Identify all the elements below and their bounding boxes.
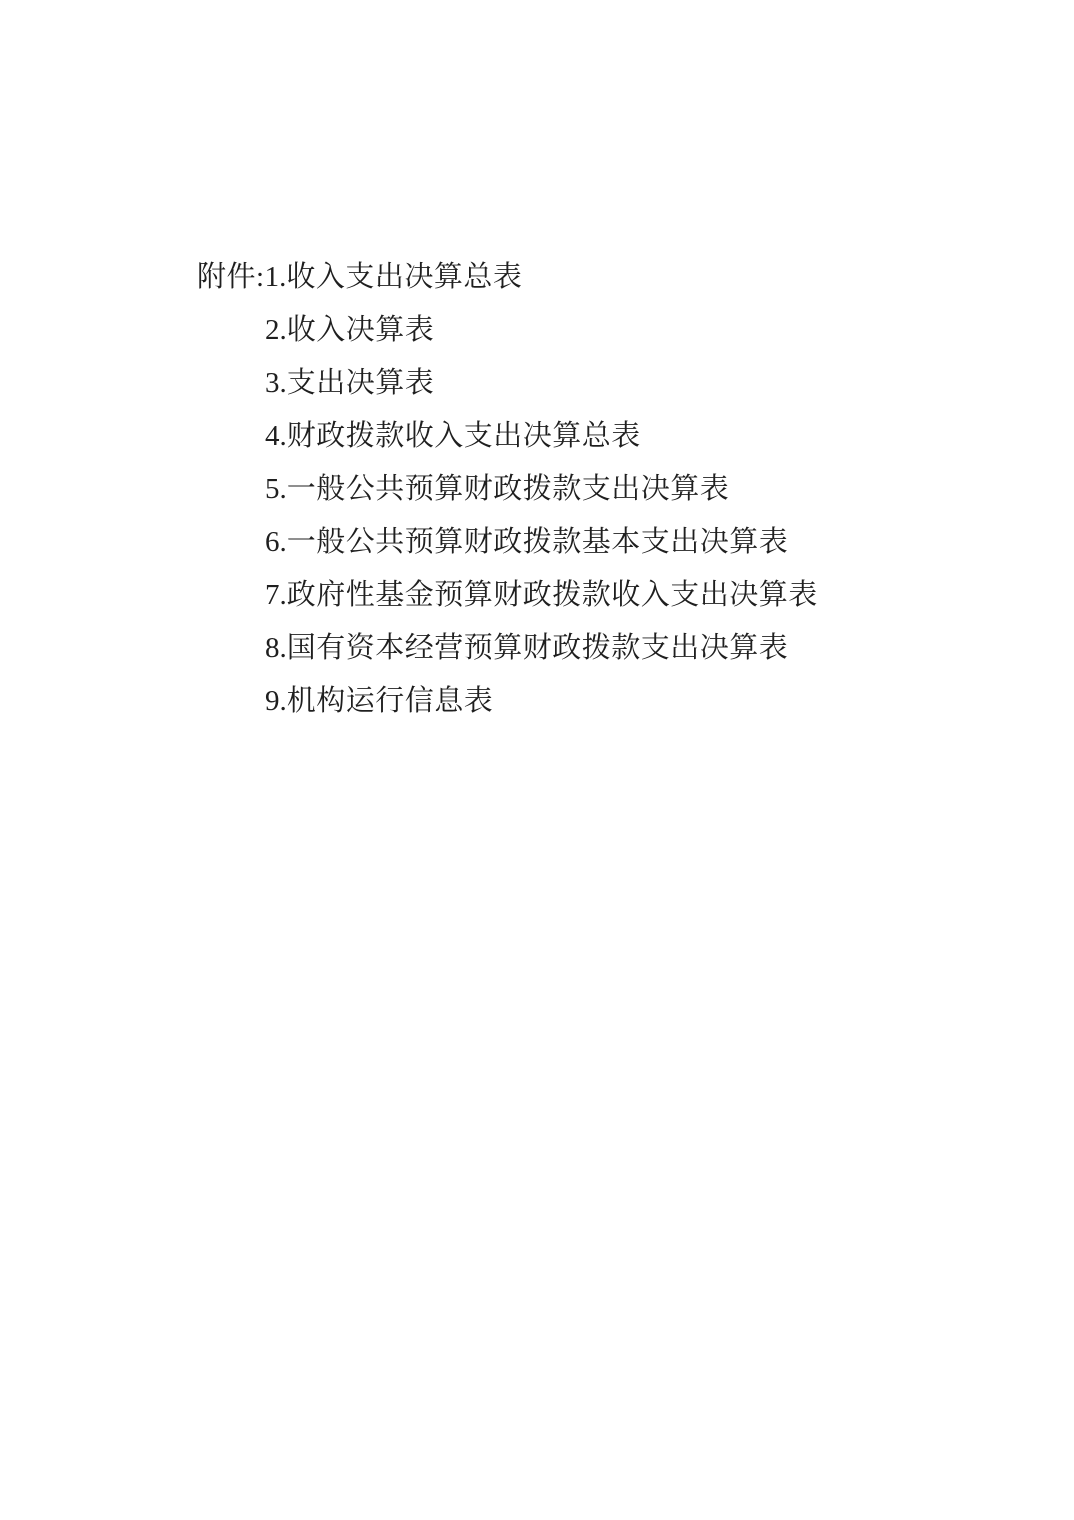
document-page: 附件:1.收入支出决算总表 2.收入决算表 3.支出决算表 4.财政拨款收入支出…	[0, 0, 1074, 1520]
attachment-number: 7.	[265, 579, 287, 611]
attachment-number: 3.	[265, 367, 287, 399]
attachment-title: 收入支出决算总表	[286, 261, 522, 293]
attachment-list-item: 附件:1.收入支出决算总表	[197, 251, 974, 304]
attachment-title: 支出决算表	[287, 367, 435, 399]
attachment-list-item: 8.国有资本经营预算财政拨款支出决算表	[197, 622, 974, 675]
attachment-title: 政府性基金预算财政拨款收入支出决算表	[287, 579, 818, 611]
attachment-list-item: 9.机构运行信息表	[197, 675, 974, 728]
attachment-number: 2.	[265, 314, 287, 346]
attachment-title: 一般公共预算财政拨款基本支出决算表	[287, 526, 789, 558]
attachment-list-item: 3.支出决算表	[197, 357, 974, 410]
attachment-title: 财政拨款收入支出决算总表	[287, 420, 641, 452]
attachment-list: 附件:1.收入支出决算总表 2.收入决算表 3.支出决算表 4.财政拨款收入支出…	[197, 251, 974, 728]
attachment-number: 1.	[265, 261, 287, 293]
attachment-number: 5.	[265, 473, 287, 505]
attachment-number: 6.	[265, 526, 287, 558]
attachment-list-item: 6.一般公共预算财政拨款基本支出决算表	[197, 516, 974, 569]
attachment-number: 4.	[265, 420, 287, 452]
attachment-number: 9.	[265, 685, 287, 717]
attachment-list-item: 2.收入决算表	[197, 304, 974, 357]
attachment-label: 附件:	[197, 261, 265, 293]
attachment-number: 8.	[265, 632, 287, 664]
attachment-title: 收入决算表	[287, 314, 435, 346]
attachment-list-item: 4.财政拨款收入支出决算总表	[197, 410, 974, 463]
attachment-title: 国有资本经营预算财政拨款支出决算表	[287, 632, 789, 664]
attachment-title: 机构运行信息表	[287, 685, 494, 717]
attachment-title: 一般公共预算财政拨款支出决算表	[287, 473, 730, 505]
attachment-list-item: 5.一般公共预算财政拨款支出决算表	[197, 463, 974, 516]
attachment-list-item: 7.政府性基金预算财政拨款收入支出决算表	[197, 569, 974, 622]
